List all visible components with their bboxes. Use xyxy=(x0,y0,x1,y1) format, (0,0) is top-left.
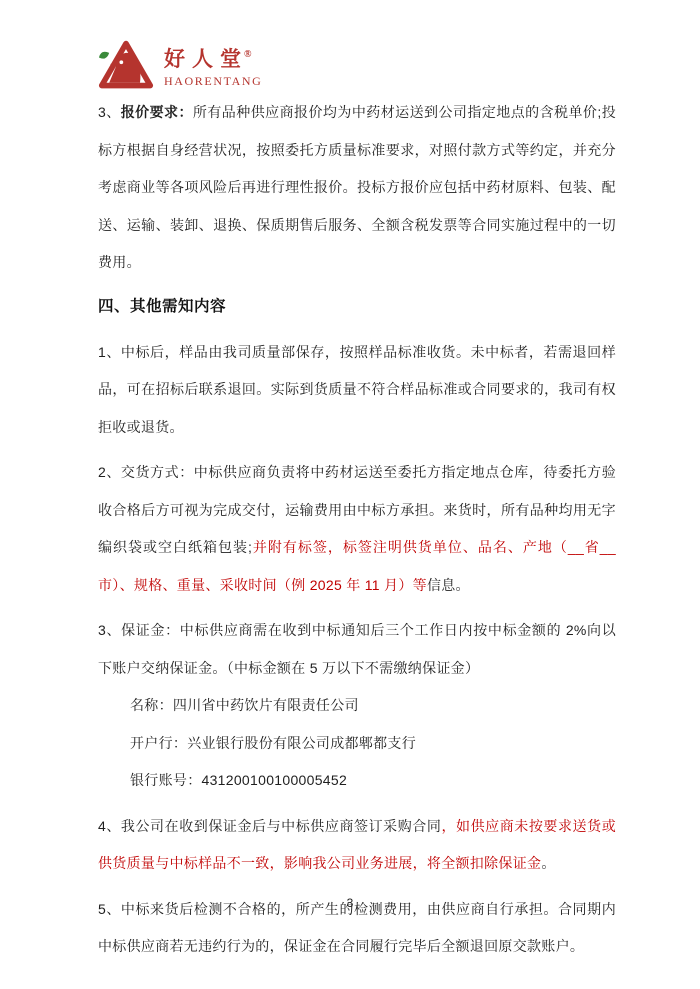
haorentang-bird-triangle-icon xyxy=(98,38,154,97)
page-footer: 3 xyxy=(0,896,700,910)
pricing-requirements-body: 所有品种供应商报价均为中药材运送到公司指定地点的含税单价;投标方根据自身经营状况… xyxy=(98,104,616,270)
paragraph-item2-delivery: 2、交货方式：中标供应商负责将中药材运送至委托方指定地点仓库，待委托方验收合格后… xyxy=(98,454,616,604)
company-logo: 好人堂® HAORENTANG xyxy=(98,38,616,92)
section-heading-other-notices: 四、其他需知内容 xyxy=(98,293,616,321)
item4-black-tail: 。 xyxy=(541,855,555,871)
account-bank-line: 开户行：兴业银行股份有限公司成都郫都支行 xyxy=(98,725,616,763)
logo-text: 好人堂® HAORENTANG xyxy=(164,38,262,89)
paragraph-item3-deposit: 3、保证金：中标供应商需在收到中标通知后三个工作日内按中标金额的 2%向以下账户… xyxy=(98,612,616,687)
paragraph-item4-contract: 4、我公司在收到保证金后与中标供应商签订采购合同，如供应商未按要求送货或供货质量… xyxy=(98,808,616,883)
document-page: 好人堂® HAORENTANG 3、报价要求：所有品种供应商报价均为中药材运送到… xyxy=(0,0,700,989)
logo-english-name: HAORENTANG xyxy=(164,73,262,89)
account-number-line: 银行账号：431200100100005452 xyxy=(98,762,616,800)
logo-chinese-name: 好人堂® xyxy=(164,47,251,71)
page-number: 3 xyxy=(347,896,354,910)
bank-account-block: 名称：四川省中药饮片有限责任公司 开户行：兴业银行股份有限公司成都郫都支行 银行… xyxy=(98,687,616,800)
item-number: 3、 xyxy=(98,104,121,120)
pricing-requirements-label: 报价要求： xyxy=(121,104,193,120)
paragraph-item1-samples: 1、中标后，样品由我司质量部保存，按照样品标准收货。未中标者，若需退回样品，可在… xyxy=(98,334,616,447)
item4-black-text: 4、我公司在收到保证金后与中标供应商签订采购合同 xyxy=(98,818,441,834)
account-name-line: 名称：四川省中药饮片有限责任公司 xyxy=(98,687,616,725)
document-content: 好人堂® HAORENTANG 3、报价要求：所有品种供应商报价均为中药材运送到… xyxy=(0,0,700,966)
paragraph-pricing-requirements: 3、报价要求：所有品种供应商报价均为中药材运送到公司指定地点的含税单价;投标方根… xyxy=(98,94,616,282)
registered-trademark-icon: ® xyxy=(244,49,251,60)
item2-black-tail: 信息。 xyxy=(427,577,470,593)
